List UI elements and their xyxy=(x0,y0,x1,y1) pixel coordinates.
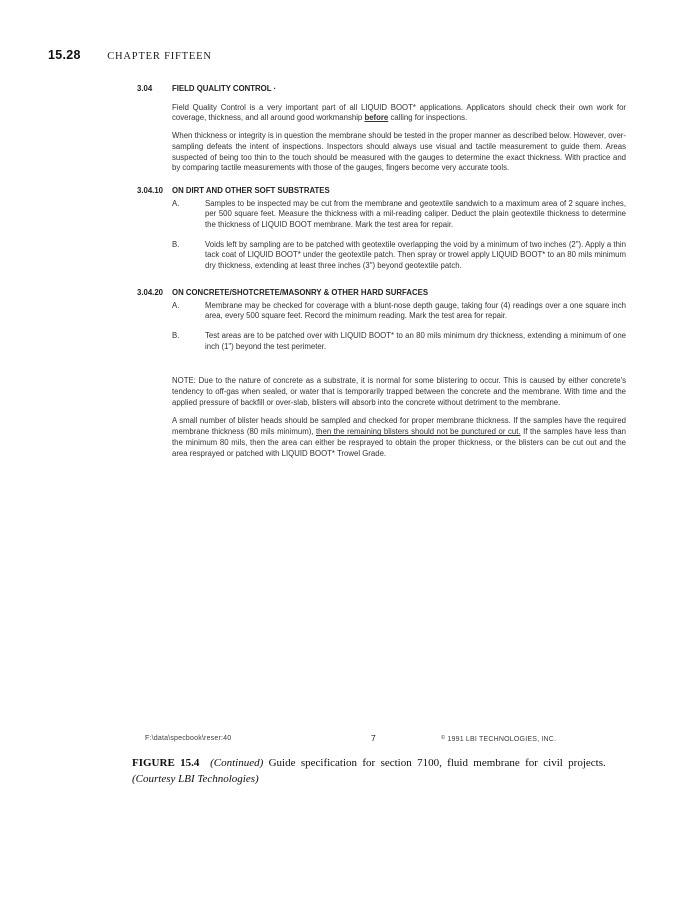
section-title: ON CONCRETE/SHOTCRETE/MASONRY & OTHER HA… xyxy=(172,288,626,299)
underlined-instruction: then the remaining blisters should not b… xyxy=(316,427,521,436)
paragraph-text: calling for inspections. xyxy=(388,113,467,122)
scanned-document-page: 15.28 CHAPTER FIFTEEN 3.04 FIELD QUALITY… xyxy=(0,0,675,900)
paragraph-field-quality-control: Field Quality Control is a very importan… xyxy=(172,103,626,124)
list-item-text: Membrane may be checked for coverage wit… xyxy=(205,301,626,322)
paragraph-blister-heads: A small number of blister heads should b… xyxy=(172,416,626,459)
section-heading-3-04-20: 3.04.20 ON CONCRETE/SHOTCRETE/MASONRY & … xyxy=(137,288,626,299)
list-item-text: Test areas are to be patched over with L… xyxy=(205,331,626,352)
figure-continued-text: (Continued) xyxy=(210,757,263,769)
list-item-letter: A. xyxy=(172,199,205,231)
list-item-letter: B. xyxy=(172,331,205,352)
paragraph-thickness-integrity: When thickness or integrity is in questi… xyxy=(172,131,626,174)
paragraph-note-blistering: NOTE: Due to the nature of concrete as a… xyxy=(172,376,626,408)
list-item-b-soft-substrates: B. Voids left by sampling are to be patc… xyxy=(172,240,626,272)
list-item-b-hard-surfaces: B. Test areas are to be patched over wit… xyxy=(172,331,626,352)
section-number: 3.04 xyxy=(137,84,172,95)
list-item-letter: A. xyxy=(172,301,205,322)
list-item-text: Samples to be inspected may be cut from … xyxy=(205,199,626,231)
list-item-a-soft-substrates: A. Samples to be inspected may be cut fr… xyxy=(172,199,626,231)
spec-body: 3.04 FIELD QUALITY CONTROL · Field Quali… xyxy=(137,84,626,459)
figure-caption: FIGURE 15.4 (Continued) Guide specificat… xyxy=(132,756,637,787)
section-number: 3.04.20 xyxy=(137,288,172,299)
section-title: ON DIRT AND OTHER SOFT SUBSTRATES xyxy=(172,186,626,197)
footer-copyright: © 1991 LBI TECHNOLOGIES, INC. xyxy=(441,735,556,743)
figure-label: FIGURE 15.4 xyxy=(132,757,199,769)
copyright-text: 1991 LBI TECHNOLOGIES, INC. xyxy=(445,736,556,743)
figure-courtesy-line: (Courtesy LBI Technologies) xyxy=(132,772,637,788)
list-item-letter: B. xyxy=(172,240,205,272)
scanned-sheet-footer: F:\data\specbook\reser:40 7 © 1991 LBI T… xyxy=(0,733,675,747)
footer-file-path: F:\data\specbook\reser:40 xyxy=(145,735,231,742)
underlined-word-before: before xyxy=(364,113,388,122)
section-heading-3-04-10: 3.04.10 ON DIRT AND OTHER SOFT SUBSTRATE… xyxy=(137,186,626,197)
section-title: FIELD QUALITY CONTROL · xyxy=(172,84,626,95)
list-item-text: Voids left by sampling are to be patched… xyxy=(205,240,626,272)
footer-page-number: 7 xyxy=(371,733,376,743)
list-item-a-hard-surfaces: A. Membrane may be checked for coverage … xyxy=(172,301,626,322)
chapter-title: CHAPTER FIFTEEN xyxy=(107,51,211,62)
section-heading-3-04: 3.04 FIELD QUALITY CONTROL · xyxy=(137,84,626,95)
figure-continued-note: (Continued) xyxy=(199,757,263,769)
running-head: 15.28 CHAPTER FIFTEEN xyxy=(48,46,212,64)
figure-caption-text: Guide specification for section 7100, fl… xyxy=(263,757,605,769)
section-number: 3.04.10 xyxy=(137,186,172,197)
page-folio-number: 15.28 xyxy=(48,48,81,62)
figure-caption-line-1: FIGURE 15.4 (Continued) Guide specificat… xyxy=(132,756,637,772)
